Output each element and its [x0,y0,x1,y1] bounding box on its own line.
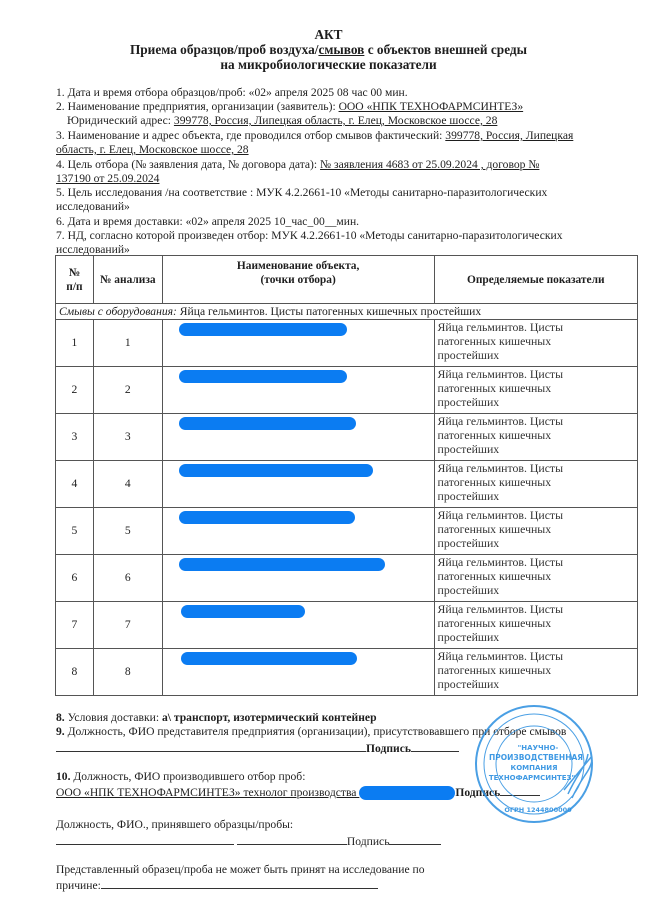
analysis-number: 1 [93,320,162,367]
receiver-label: Должность, ФИО., принявшего образцы/проб… [56,818,293,833]
table-row: 6 6 Яйца гельминтов. Цистыпатогенных киш… [56,555,638,602]
rejection-reason-blank[interactable] [101,877,378,889]
field-8-delivery-conditions: 8. Условия доставки: а\ транспорт, изоте… [56,711,377,726]
table-row: 1 1 Яйца гельминтов. Цистыпатогенных киш… [56,320,638,367]
field-10-value: ООО «НПК ТЕХНОФАРМСИНТЕЗ» технолог произ… [56,786,359,799]
table-row: 7 7 Яйца гельминтов. Цистыпатогенных киш… [56,602,638,649]
indicator-line: простейших [438,489,500,503]
rejection-note: Представленный образец/проба не может бы… [56,863,425,878]
indicator-line: Яйца гельминтов. Цисты [438,649,563,663]
field-8-label: Условия доставки: [65,711,162,724]
indicator-line: Яйца гельминтов. Цисты [438,602,563,616]
row-number: 6 [56,555,94,602]
field-4-value-line2: 137190 от 25.09.2024 [56,172,159,187]
group-row-cell: Смывы с оборудования: Яйца гельминтов. Ц… [56,304,638,320]
signature-label: Подпись [366,742,411,755]
field-8-num: 8. [56,711,65,724]
row-number: 2 [56,367,94,414]
object-name-cell [162,508,434,555]
indicator-line: Яйца гельминтов. Цисты [438,320,563,334]
svg-text:ПРОИЗВОДСТВЕННАЯ: ПРОИЗВОДСТВЕННАЯ [489,753,583,762]
field-3-label: 3. Наименование и адрес объекта, где про… [56,129,445,142]
group-row-equipment-swabs: Смывы с оборудования: Яйца гельминтов. Ц… [56,304,638,320]
row-number: 4 [56,461,94,508]
indicator-line: Яйца гельминтов. Цисты [438,555,563,569]
analysis-number: 3 [93,414,162,461]
indicator-line: патогенных кишечных [438,381,552,395]
subtitle-underlined: смывов [318,42,364,57]
subtitle-part2: с объектов внешней среды [364,42,527,57]
analysis-number: 2 [93,367,162,414]
field-2-value: ООО «НПК ТЕХНОФАРМСИНТЕЗ» [339,100,524,113]
receiver-signature-line: Подпись [56,833,441,850]
field-1-sampling-datetime: 1. Дата и время отбора образцов/проб: «0… [56,86,408,101]
field-3-object-address: 3. Наименование и адрес объекта, где про… [56,129,573,144]
signature-label: Подпись [347,835,390,848]
header-indicators: Определяемые показатели [434,256,637,304]
indicator-line: Яйца гельминтов. Цисты [438,414,563,428]
analysis-number: 5 [93,508,162,555]
subtitle-part1: Приема образцов/проб воздуха/ [130,42,319,57]
indicator-line: патогенных кишечных [438,334,552,348]
header-object-name: Наименование объекта,(точки отбора) [162,256,434,304]
field-10-num: 10. [56,770,71,783]
indicator-line: патогенных кишечных [438,428,552,442]
redaction-bar [179,323,347,336]
indicator-line: Яйца гельминтов. Цисты [438,508,563,522]
field-2-organization: 2. Наименование предприятия, организации… [56,100,523,115]
svg-text:ТЕХНОФАРМСИНТЕЗ": ТЕХНОФАРМСИНТЕЗ" [489,774,575,782]
table-row: 8 8 Яйца гельминтов. Цистыпатогенных киш… [56,649,638,696]
redaction-bar [181,652,357,665]
rejection-reason-line: причине: [56,877,378,894]
analysis-number: 4 [93,461,162,508]
object-name-cell [162,555,434,602]
indicator-line: Яйца гельминтов. Цисты [438,461,563,475]
redaction-bar [181,605,305,618]
indicator-line: простейших [438,395,500,409]
svg-text:КОМПАНИЯ: КОМПАНИЯ [510,764,557,772]
field-3-value: 399778, Россия, Липецкая [445,129,573,142]
redaction-bar [359,786,455,800]
indicators-cell: Яйца гельминтов. Цистыпатогенных кишечны… [434,602,637,649]
representative-name-blank[interactable] [56,740,366,752]
indicators-cell: Яйца гельминтов. Цистыпатогенных кишечны… [434,461,637,508]
indicator-line: патогенных кишечных [438,663,552,677]
field-4-label: 4. Цель отбора (№ заявления дата, № дого… [56,158,320,171]
header-object-line1: Наименование объекта, [237,260,359,272]
field-2-legal-address: Юридический адрес: 399778, Россия, Липец… [67,114,497,129]
table-row: 5 5 Яйца гельминтов. Цистыпатогенных киш… [56,508,638,555]
company-stamp-icon: "НАУЧНО- ПРОИЗВОДСТВЕННАЯ КОМПАНИЯ ТЕХНО… [468,702,604,826]
indicator-line: патогенных кишечных [438,475,552,489]
indicator-line: Яйца гельминтов. Цисты [438,367,563,381]
indicator-line: простейших [438,536,500,550]
object-name-cell [162,649,434,696]
receiver-position-blank[interactable] [56,833,234,845]
group-label: Смывы с оборудования: [59,305,177,318]
field-3-value-line2: область, г. Елец, Московское шоссе, 28 [56,143,249,158]
document-subtitle-line2: на микробиологические показатели [0,57,657,73]
indicators-cell: Яйца гельминтов. Цистыпатогенных кишечны… [434,555,637,602]
indicator-line: простейших [438,442,500,456]
object-name-cell [162,414,434,461]
analysis-number: 8 [93,649,162,696]
field-10-sampler: 10. Должность, ФИО производившего отбор … [56,770,305,785]
redaction-bar [179,464,373,477]
rejection-reason-label: причине: [56,879,101,892]
svg-text:ОГРН 1244800000: ОГРН 1244800000 [504,806,572,814]
legal-address-label: Юридический адрес: [67,114,174,127]
indicators-cell: Яйца гельминтов. Цистыпатогенных кишечны… [434,508,637,555]
analysis-number: 6 [93,555,162,602]
receiver-name-blank[interactable] [237,833,347,845]
row-number: 7 [56,602,94,649]
field-7-normative-doc: 7. НД, согласно которой произведен отбор… [56,229,563,244]
object-name-cell [162,461,434,508]
document-title: АКТ [0,27,657,43]
table-row: 4 4 Яйца гельминтов. Цистыпатогенных киш… [56,461,638,508]
indicators-cell: Яйца гельминтов. Цистыпатогенных кишечны… [434,320,637,367]
field-5-line2: исследований» [56,200,130,215]
field-9-num: 9. [56,725,65,738]
indicator-line: простейших [438,583,500,597]
row-number: 3 [56,414,94,461]
legal-address-value: 399778, Россия, Липецкая область, г. Еле… [174,114,497,127]
field-4-value: № заявления 4683 от 25.09.2024 , договор… [320,158,539,171]
redaction-bar [179,558,385,571]
field-9-signature-line: Подпись [56,740,459,757]
field-5-research-purpose: 5. Цель исследования /на соответствие : … [56,186,547,201]
object-name-cell [162,320,434,367]
header-no: № [69,267,80,279]
field-4-purpose: 4. Цель отбора (№ заявления дата, № дого… [56,158,539,173]
indicator-line: патогенных кишечных [438,522,552,536]
table-row: 2 2 Яйца гельминтов. Цистыпатогенных киш… [56,367,638,414]
header-row-number: №п/п [56,256,94,304]
field-8-value: а\ транспорт, изотермический контейнер [162,711,377,724]
table-row: 3 3 Яйца гельминтов. Цистыпатогенных киш… [56,414,638,461]
row-number: 5 [56,508,94,555]
object-name-cell [162,602,434,649]
analysis-number: 7 [93,602,162,649]
indicators-cell: Яйца гельминтов. Цистыпатогенных кишечны… [434,367,637,414]
indicators-cell: Яйца гельминтов. Цистыпатогенных кишечны… [434,414,637,461]
document-subtitle: Приема образцов/проб воздуха/смывов с об… [0,42,657,58]
indicator-line: простейших [438,677,500,691]
samples-table: №п/п № анализа Наименование объекта,(точ… [55,255,638,696]
indicator-line: простейших [438,630,500,644]
signature-blank[interactable] [389,833,441,845]
group-text: Яйца гельминтов. Цисты патогенных кишечн… [177,305,481,318]
indicators-cell: Яйца гельминтов. Цистыпатогенных кишечны… [434,649,637,696]
field-10-label: Должность, ФИО производившего отбор проб… [71,770,306,783]
row-number: 1 [56,320,94,367]
redaction-bar [179,370,347,383]
indicator-line: патогенных кишечных [438,569,552,583]
row-number: 8 [56,649,94,696]
object-name-cell [162,367,434,414]
redaction-bar [179,417,356,430]
indicator-line: простейших [438,348,500,362]
redaction-bar [179,511,355,524]
field-6-delivery-datetime: 6. Дата и время доставки: «02» апреля 20… [56,215,359,230]
svg-text:"НАУЧНО-: "НАУЧНО- [518,744,559,752]
signature-blank[interactable] [411,740,459,752]
header-object-line2: (точки отбора) [261,274,336,286]
table-header-row: №п/п № анализа Наименование объекта,(точ… [56,256,638,304]
header-pp: п/п [66,281,82,293]
indicator-line: патогенных кишечных [438,616,552,630]
field-2-label: 2. Наименование предприятия, организации… [56,100,339,113]
header-analysis-number: № анализа [93,256,162,304]
